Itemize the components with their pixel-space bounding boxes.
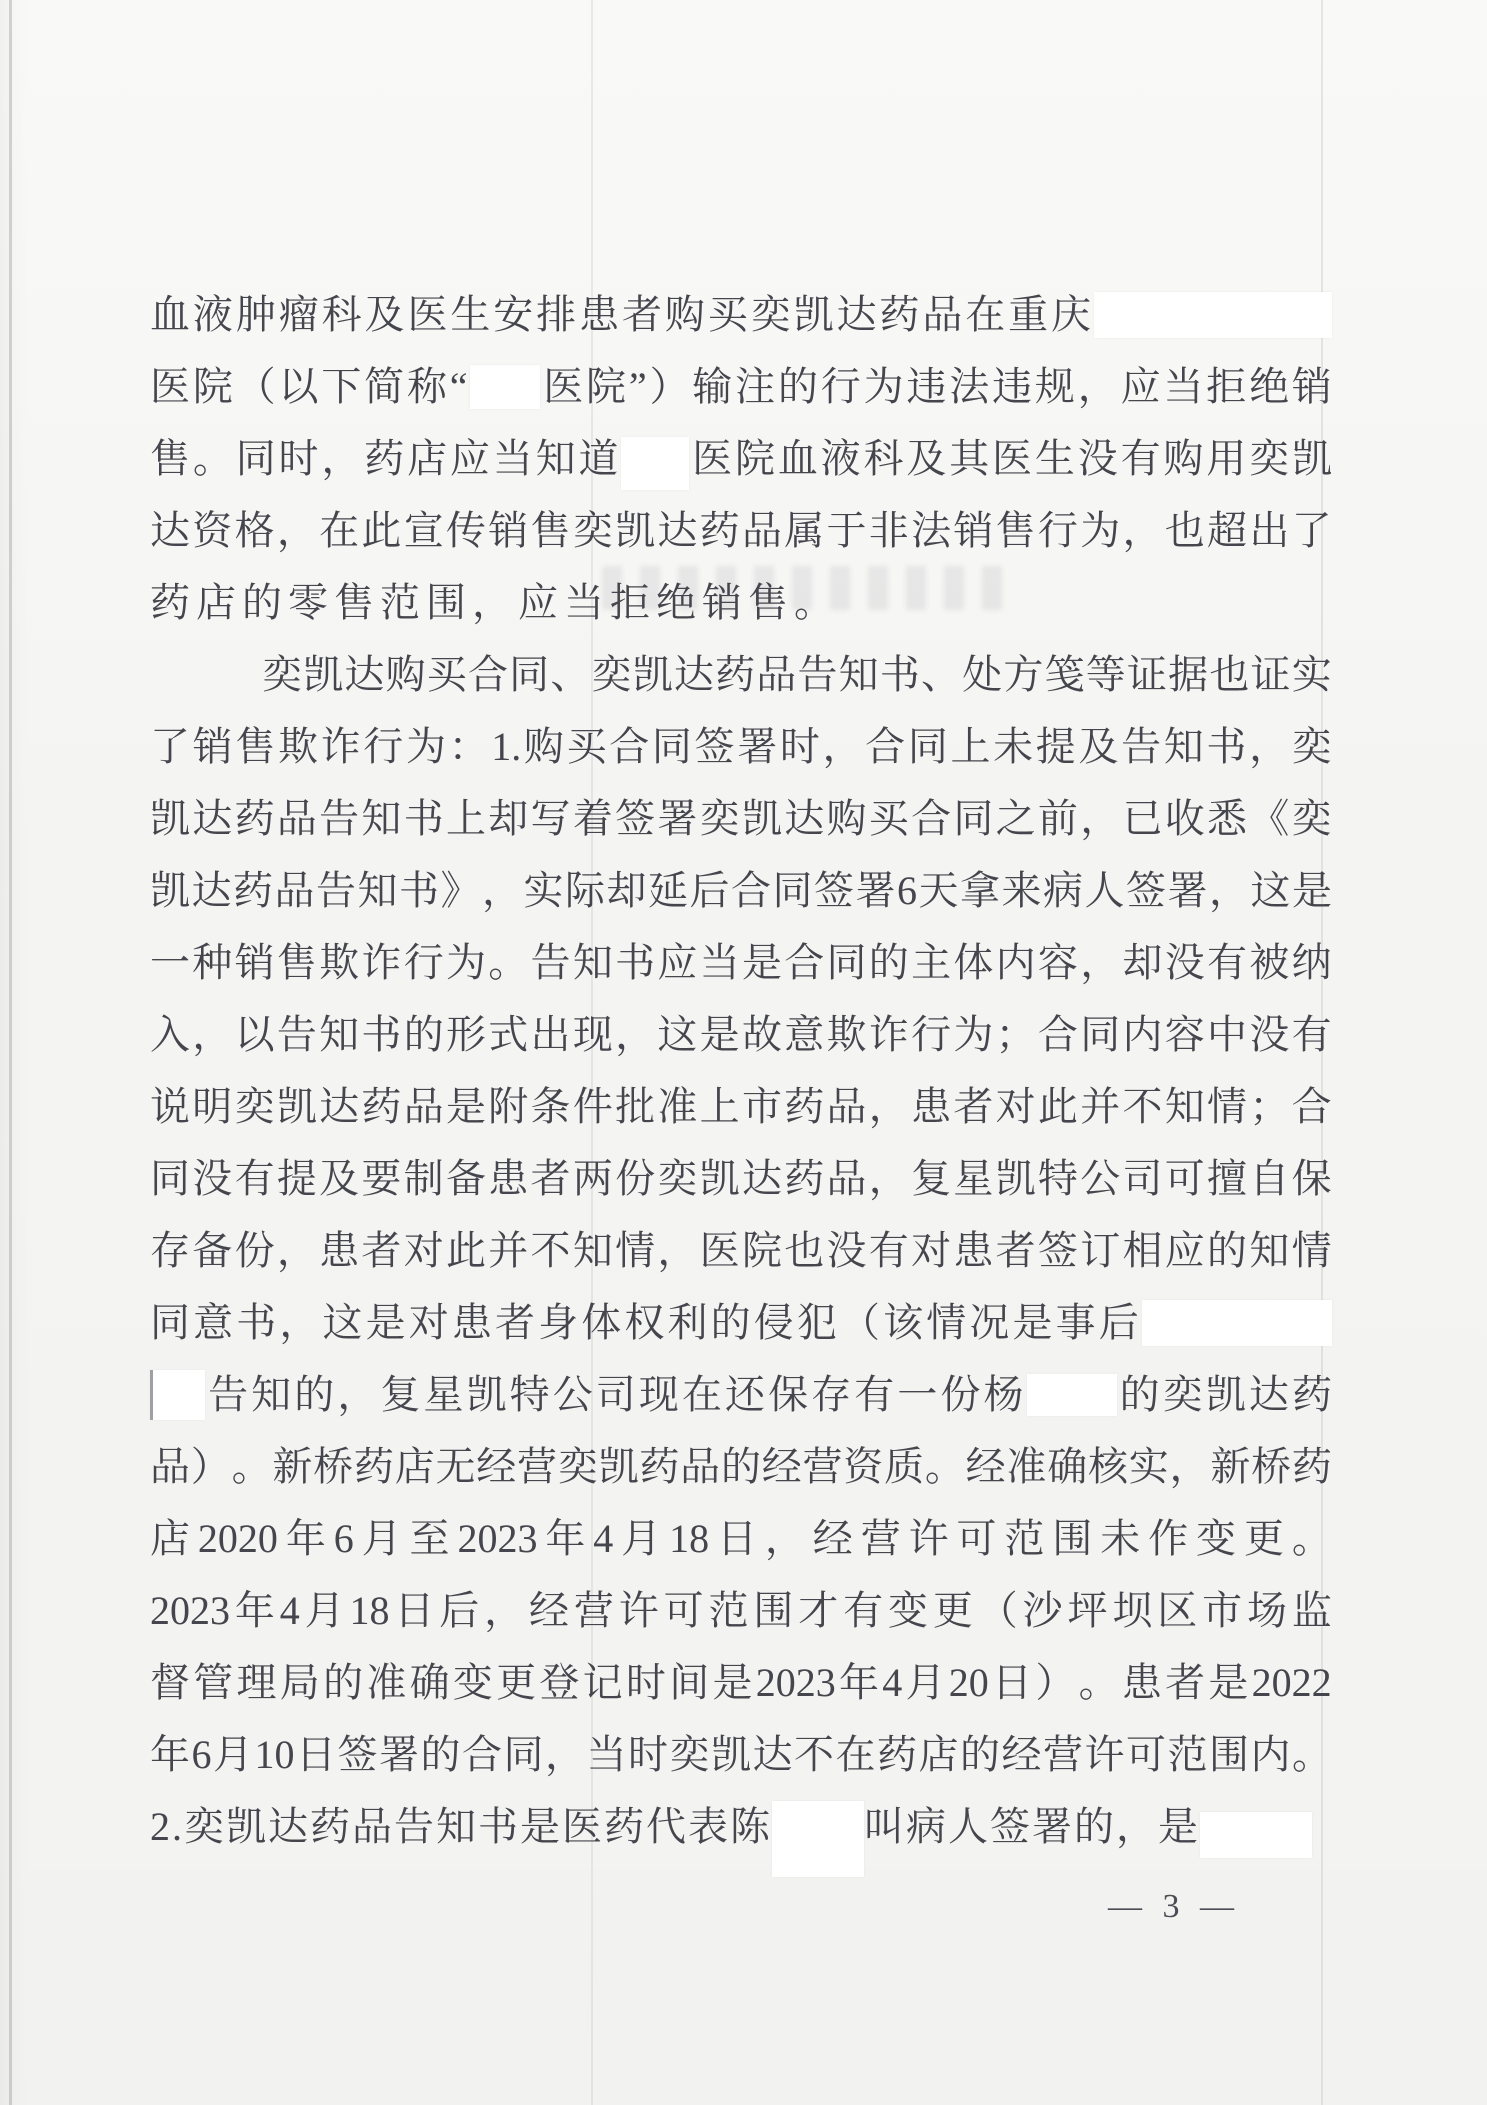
text-token: 知 [573,938,613,988]
text-token: 购 [827,794,867,844]
text-token: 际 [565,866,605,916]
text-token: 、 [921,650,961,700]
text-token: 星 [953,1154,993,1204]
text-token: 等 [1086,650,1126,700]
text-token: 诈 [869,1010,909,1060]
text-token: 奕 [700,794,740,844]
text-token: 日 [394,1586,434,1636]
text-token: 应 [1165,1226,1205,1276]
text-token: 范 [709,1586,749,1636]
text-token: 日 [296,1730,336,1780]
text-token: 诈 [361,938,401,988]
text-token: 意 [784,1010,824,1060]
text-token: 签 [990,1802,1032,1852]
text-token: 知 [251,1370,291,1420]
text-token: 医 [543,362,583,412]
text-token: 的 [323,1658,363,1708]
text-token: 资 [843,1442,883,1492]
text-token: 对 [404,1226,444,1276]
text-token: 更 [933,1586,973,1636]
text-token: 品 [827,1154,867,1204]
text-token: 范 [1168,1730,1208,1780]
text-token: 药 [361,1082,401,1132]
text-token: 未 [1100,1514,1140,1564]
text-token: 侵 [754,1298,794,1348]
text-token: 实 [1129,1442,1169,1492]
text-token: 。 [925,1442,965,1492]
text-token: 可 [1126,1730,1166,1780]
text-token: 为 [446,938,486,988]
text-token: 排 [536,290,576,340]
text-line: 奕凯达购买合同、奕凯达药品告知书、处方笺等证据也证实 [150,650,1332,700]
text-token: 达 [742,1154,782,1204]
text-token: 还 [725,1370,765,1420]
text-token: 没 [192,1154,232,1204]
text-token: 的 [869,938,909,988]
text-token: 合 [462,1730,502,1780]
text-token: 事 [1056,1298,1096,1348]
text-token: 知 [319,1010,359,1060]
text-token: 是 [1158,1802,1200,1852]
text-token: 时 [279,434,319,484]
text-token: 药 [364,434,404,484]
text-token: 合 [731,866,771,916]
text-token: 奕 [1292,794,1332,844]
text-token: 形 [446,1010,486,1060]
text-token: （ [978,1586,1018,1636]
text-token: 桥 [1251,1442,1291,1492]
text-token: 行 [911,1010,951,1060]
text-token: 督 [150,1658,190,1708]
text-token: 合 [1292,1082,1332,1132]
text-token: 笺 [1045,650,1085,700]
text-token: 后 [439,1586,479,1636]
text-token: 2022 [1252,1658,1332,1708]
text-token: 营 [803,1442,843,1492]
text-token: 有 [1121,434,1161,484]
text-token: 销 [1292,362,1332,412]
text-token: 纳 [1292,938,1332,988]
text-token: 20 [949,1658,989,1708]
text-token: 确 [410,1658,450,1708]
text-token: 规 [1035,362,1075,412]
text-token: 是 [1013,1298,1053,1348]
text-token: ， [337,1370,377,1420]
text-token: ， [277,506,317,556]
text-token: 营 [517,1442,557,1492]
text-token: 况 [969,1298,1009,1348]
text-token: 合 [1038,1010,1078,1060]
text-token: 店 [196,578,242,628]
redaction-box [470,365,540,409]
text-token: 的 [1207,1226,1247,1276]
text-token: 至 [410,1514,450,1564]
text-token: 》 [441,866,481,916]
text-token: 中 [1207,1010,1247,1060]
text-token: 告 [208,1370,248,1420]
text-token: 有 [235,1154,275,1204]
text-token: 销 [488,506,528,556]
redaction-box [621,437,689,490]
text-token: 一 [897,1370,937,1420]
text-token: 容 [1038,938,1078,988]
text-token: 书 [615,938,655,988]
text-token: 区 [1157,1586,1197,1636]
text-token: 情 [1207,1082,1247,1132]
text-token: （ [840,1298,880,1348]
text-token: ， [482,866,522,916]
text-token: 许 [1085,1730,1125,1780]
text-token: 署 [1168,866,1208,916]
text-token: 医 [562,1802,604,1852]
text-token: ） [191,1442,231,1492]
text-token: 日 [717,1514,757,1564]
text-token: 坝 [1112,1586,1152,1636]
text-token: 备 [192,1226,232,1276]
text-token: 药 [1292,1370,1332,1420]
text-token: 无 [435,1442,475,1492]
text-token: 奕 [1249,434,1289,484]
text-token: 年 [235,1586,275,1636]
redaction-box [1027,1374,1117,1416]
text-token: 是 [366,1298,406,1348]
text-token: 容 [1165,1010,1205,1060]
text-token: 拒 [610,578,656,628]
text-token: 的 [421,1730,461,1780]
text-token: 可 [664,1586,704,1636]
text-token: 特 [510,1370,550,1420]
text-token: 血 [150,290,190,340]
text-token: 犯 [797,1298,837,1348]
text-token: 以 [235,1010,275,1060]
text-token: 医 [992,434,1032,484]
text-token: 上 [700,1082,740,1132]
text-token: 月 [213,1730,253,1780]
text-token: 范 [1004,1514,1044,1564]
text-token: 年 [286,1514,326,1564]
text-token: 药 [604,1802,646,1852]
text-token: 意 [193,1298,233,1348]
text-token: 司 [1122,1154,1162,1204]
text-token: 的 [1074,1802,1116,1852]
text-token: 用 [1206,434,1246,484]
text-token: 液 [821,434,861,484]
text-token: 书 [361,1010,401,1060]
text-token: 者 [361,1226,401,1276]
text-token: 奕 [592,650,632,700]
text-token: 日 [992,1658,1032,1708]
text-token: 资 [192,506,232,556]
text-token: 下 [321,362,361,412]
text-token: 品 [352,1802,394,1852]
text-token: 公 [1080,1154,1120,1204]
text-token: 人 [948,1802,990,1852]
text-token: 当 [700,938,740,988]
text-token: 来 [1002,866,1042,916]
text-token: 病 [906,1802,948,1852]
text-token: 者 [996,1226,1036,1276]
text-line: 同意书，这是对患者身体权利的侵犯（该情况是事后 [150,1298,1332,1348]
text-token: 此 [361,506,401,556]
text-token: 买 [708,290,748,340]
text-token: 售 [235,722,275,772]
text-token: 可 [1165,1154,1205,1204]
text-token: 却 [607,866,647,916]
text-token: 的 [778,362,818,412]
text-token: 绝 [656,578,702,628]
text-token: 售 [334,578,380,628]
text-token: ” [629,362,647,412]
text-token: 年 [545,1514,585,1564]
text-token: 奕 [1163,1370,1203,1420]
text-token: 达 [1249,1370,1289,1420]
text-token: 内 [1122,1010,1162,1060]
redaction-box [772,1801,864,1877]
text-token: 生 [450,290,490,340]
text-token: 同 [509,650,549,700]
text-token: 超 [1207,506,1247,556]
text-token: ， [1170,1442,1210,1492]
text-token: 者 [495,1298,535,1348]
text-token: 庆 [1051,290,1091,340]
text-token: ， [1116,1802,1158,1852]
text-token: 知 [1249,1226,1289,1276]
text-token: 围 [1209,1730,1249,1780]
text-token: 液 [193,290,233,340]
text-token: 更 [496,1658,536,1708]
text-token: 是 [1208,1658,1248,1708]
text-token: 合 [609,722,649,772]
text-token: ， [1249,722,1289,772]
text-token: 达 [192,794,232,844]
text-token: 星 [423,1370,463,1420]
text-token: 达 [192,866,232,916]
text-token: 被 [1249,938,1289,988]
text-token: 自 [1249,1154,1289,1204]
text-token: 了 [150,722,190,772]
text-token: 条 [531,1082,571,1132]
text-token: 品 [277,794,317,844]
text-token: 行 [821,362,861,412]
text-token: 同 [1080,1010,1120,1060]
text-token: 患 [579,290,619,340]
text-token: 的 [960,1730,1000,1780]
text-token: 有 [843,1586,883,1636]
text-token: 知 [573,1226,613,1276]
text-token: 拿 [960,866,1000,916]
text-token: 在 [319,506,359,556]
text-token: 制 [404,1154,444,1204]
text-token: 奕 [751,290,791,340]
text-token: 签 [814,866,854,916]
text-token: 销 [235,938,275,988]
document-body: 血液肿瘤科及医生安排患者购买奕凯达药品在重庆医院（以下简称“医院”）输注的行为违… [150,290,1332,1874]
redaction-box [1142,1300,1332,1346]
text-token: 叫 [864,1802,906,1852]
text-token: 入 [150,1010,190,1060]
text-token: 同 [908,722,948,772]
text-token: 这 [1251,866,1291,916]
text-token: 当 [564,578,610,628]
text-token: 年 [839,1658,879,1708]
text-token: 达 [344,650,384,700]
text-token: 医 [407,290,447,340]
text-token: 血 [778,434,818,484]
text-token: 奕 [1292,722,1332,772]
text-token: 凯 [633,650,673,700]
text-token: 悉 [1207,794,1247,844]
text-token: 违 [992,362,1032,412]
text-token: 凯 [226,1802,268,1852]
text-token: 月 [305,1586,345,1636]
text-token: 明 [192,1082,232,1132]
text-token: 时 [626,1658,666,1708]
text-token: 之 [996,794,1036,844]
text-token: 欺 [278,722,318,772]
text-token: 售 [531,506,571,556]
text-token: 书 [478,1802,520,1852]
text-token: 的 [294,1370,334,1420]
text-token: 证 [1127,650,1167,700]
text-token: ； [1249,1082,1289,1132]
text-token: 场 [1247,1586,1287,1636]
text-token: 对 [409,1298,449,1348]
text-token: 格 [235,506,275,556]
text-line: 说明奕凯达药品是附条件批准上市药品，患者对此并不知情；合 [150,1082,1332,1132]
text-token: 为 [406,722,446,772]
text-token: 药 [700,506,740,556]
text-token: 告 [394,1802,436,1852]
text-token: 实 [1292,650,1332,700]
text-token: 凯 [794,290,834,340]
text-token: 凯 [150,794,190,844]
text-token: 主 [911,938,951,988]
text-token: 在 [682,1370,722,1420]
text-token: 的 [721,1442,761,1492]
text-token: 没 [1165,938,1205,988]
text-token: 买 [427,650,467,700]
text-token: 奕 [262,650,302,700]
text-token: 是 [520,1802,562,1852]
text-token: ， [472,578,518,628]
text-token: ： [449,722,489,772]
text-token: 达 [674,650,714,700]
text-token: 附 [488,1082,528,1132]
text-token: 经 [1002,1730,1042,1780]
text-token: 告 [797,650,837,700]
text-token: “ [450,362,468,412]
text-token: 品 [922,290,962,340]
text-token: 奕 [573,506,613,556]
text-token: 4 [593,1514,613,1564]
text-token: 凯 [150,866,190,916]
text-line: 药店的零售范围，应当拒绝销售。 [150,578,1332,628]
text-token: 绝 [1249,362,1289,412]
text-token: 相 [1122,1226,1162,1276]
text-token: 达 [784,794,824,844]
text-token: 。 [1292,1514,1332,1564]
text-token: 书 [404,794,444,844]
text-token: 书 [1206,722,1246,772]
text-token: 可 [957,1514,997,1564]
redaction-box [150,1370,205,1420]
text-token: 药 [1292,1442,1332,1492]
text-token: 陈 [730,1802,772,1852]
text-token: 签 [695,722,735,772]
text-token: （ [236,362,276,412]
text-token: 监 [1292,1586,1332,1636]
text-token: 核 [1088,1442,1128,1492]
text-token: 提 [1036,722,1076,772]
text-token: 没 [1249,1010,1289,1060]
text-token: 知 [1165,1082,1205,1132]
text-token: 应 [1121,362,1161,412]
text-token: 存 [150,1226,190,1276]
text-token: 买 [869,794,909,844]
text-token: 安 [493,290,533,340]
text-line: 同没有提及要制备患者两份奕凯达药品，复星凯特公司可擅自保 [150,1154,1332,1204]
text-token: 更 [1244,1514,1284,1564]
text-line: 医院（以下简称“医院”）输注的行为违法违规，应当拒绝销 [150,362,1332,412]
text-token: 。 [488,938,528,988]
text-token: 奕 [558,1442,598,1492]
text-token: 合 [784,938,824,988]
text-token: ， [657,1226,697,1276]
text-token: 对 [911,1226,951,1276]
text-token: 杨 [983,1370,1023,1420]
text-token: 书 [880,650,920,700]
text-token: 6 [897,866,917,916]
text-token: 患 [452,1298,492,1348]
text-token: 前 [1038,794,1078,844]
text-token: 故 [742,1010,782,1060]
text-token: 复 [911,1154,951,1204]
text-token: 是 [446,1082,486,1132]
page-number: — 3 — [1108,1888,1240,1926]
text-token: 药 [310,1802,352,1852]
text-token: 变 [1196,1514,1236,1564]
text-token: 品 [680,1442,720,1492]
text-token: 已 [1122,794,1162,844]
text-token: 经 [762,1442,802,1492]
text-token: 瘤 [279,290,319,340]
text-token: 店 [150,1514,190,1564]
text-token: 内 [996,938,1036,988]
text-token: 有 [1292,1010,1332,1060]
text-token: ， [192,1010,232,1060]
text-token: ， [321,434,361,484]
text-token: 情 [926,1298,966,1348]
text-token: 店 [395,1442,435,1492]
text-token: 质 [884,1442,924,1492]
text-token: 许 [909,1514,949,1564]
text-token: 品 [827,1082,867,1132]
text-token: ； [996,1010,1036,1060]
text-token: 天 [919,866,959,916]
text-token: ， [545,1730,585,1780]
text-token: 月 [621,1514,661,1564]
text-token: 桥 [313,1442,353,1492]
text-token: 告 [316,866,356,916]
text-token: 销 [702,578,748,628]
text-token: 同 [652,722,692,772]
text-line: 售。同时，药店应当知道医院血液科及其医生没有购用奕凯 [150,434,1332,484]
text-token: 理 [237,1658,277,1708]
text-token: 利 [668,1298,708,1348]
text-token: 签 [338,1730,378,1780]
text-token: 行 [363,722,403,772]
text-token: 延 [648,866,688,916]
